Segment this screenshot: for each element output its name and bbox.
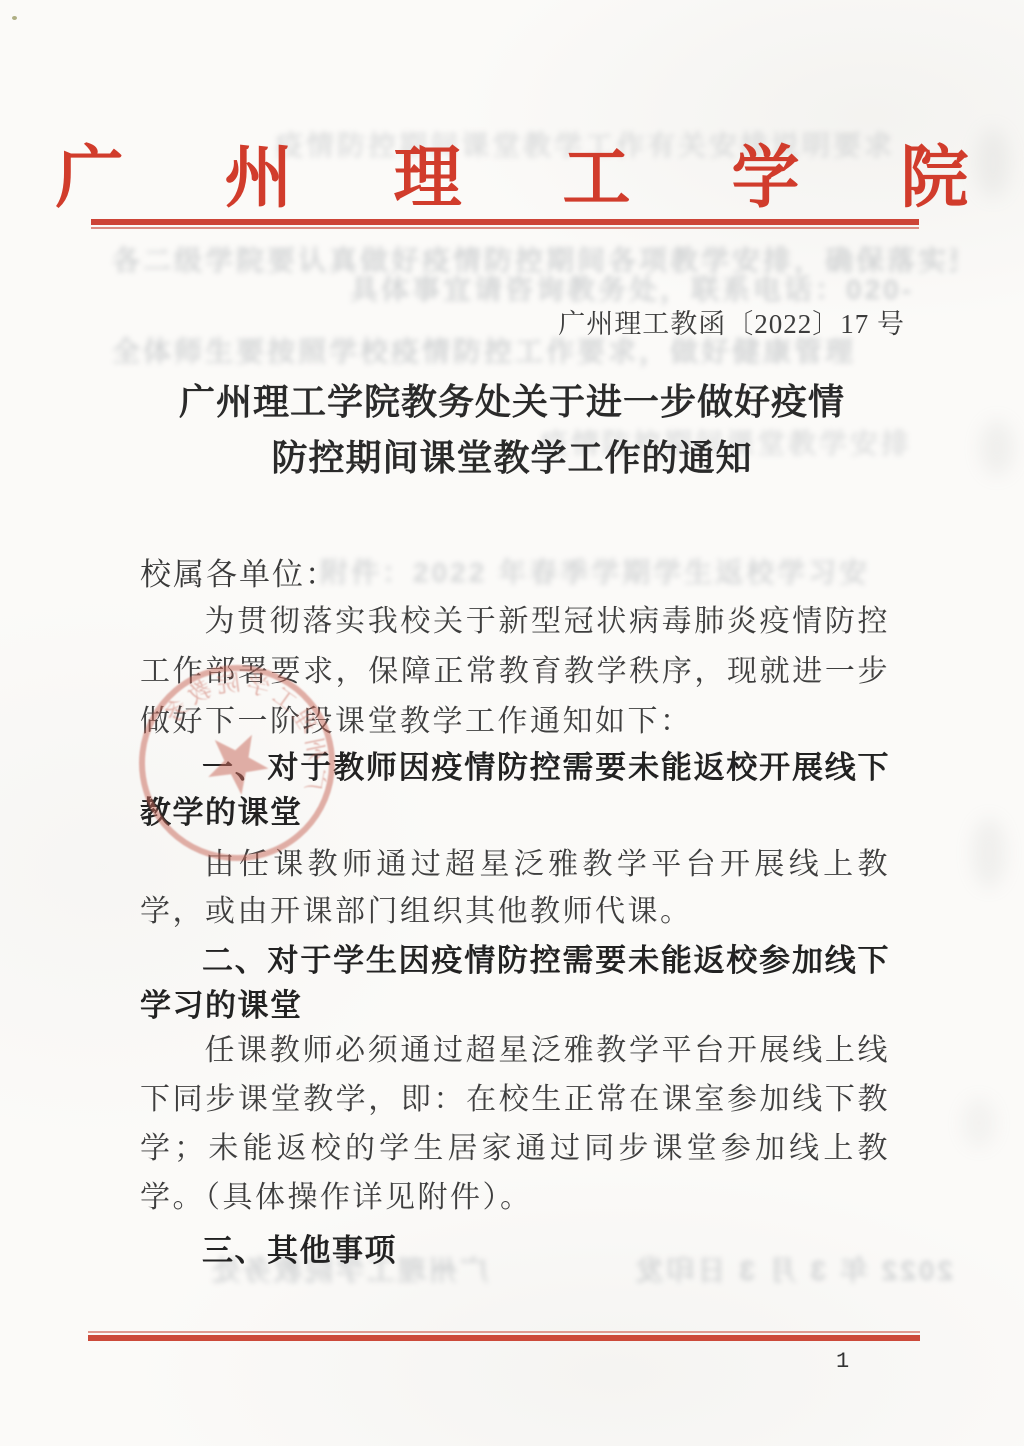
paragraph: 为贯彻落实我校关于新型冠状病毒肺炎疫情防控工作部署要求，保障正常教育教学秩序，现…	[140, 597, 890, 747]
section-heading-1: 一、对于教师因疫情防控需要未能返校开展线下教学的课堂	[140, 745, 890, 835]
notice-title: 广州理工学院教务处关于进一步做好疫情 防控期间课堂教学工作的通知	[0, 374, 1024, 486]
section-heading-2: 二、对于学生因疫情防控需要未能返校参加线下学习的课堂	[140, 938, 890, 1028]
red-divider-bottom	[88, 1331, 920, 1341]
page-number: 1	[836, 1349, 849, 1374]
document-number: 广州理工教函〔2022〕17 号	[558, 302, 905, 341]
notice-title-line2: 防控期间课堂教学工作的通知	[0, 430, 1024, 486]
paragraph: 由任课教师通过超星泛雅教学平台开展线上教学，或由开课部门组织其他教师代课。	[140, 841, 890, 935]
scanned-notice-page: 疫情防控期间课堂教学工作有关安排说明要求 各二级学院要认真做好疫情防控期间各项教…	[0, 0, 1024, 1446]
paper-speck	[12, 16, 17, 20]
section-heading-3: 三、其他事项	[140, 1228, 890, 1273]
paragraph: 任课教师必须通过超星泛雅教学平台开展线上线下同步课堂教学，即：在校生正常在课室参…	[140, 1026, 890, 1222]
letterhead-title: 广 州 理 工 学 院	[0, 124, 1024, 221]
salutation: 校属各单位：	[140, 549, 890, 594]
scan-smudge	[972, 818, 1006, 888]
red-divider-top	[91, 219, 919, 229]
notice-title-line1: 广州理工学院教务处关于进一步做好疫情	[0, 374, 1024, 430]
scan-smudge	[962, 1098, 996, 1148]
